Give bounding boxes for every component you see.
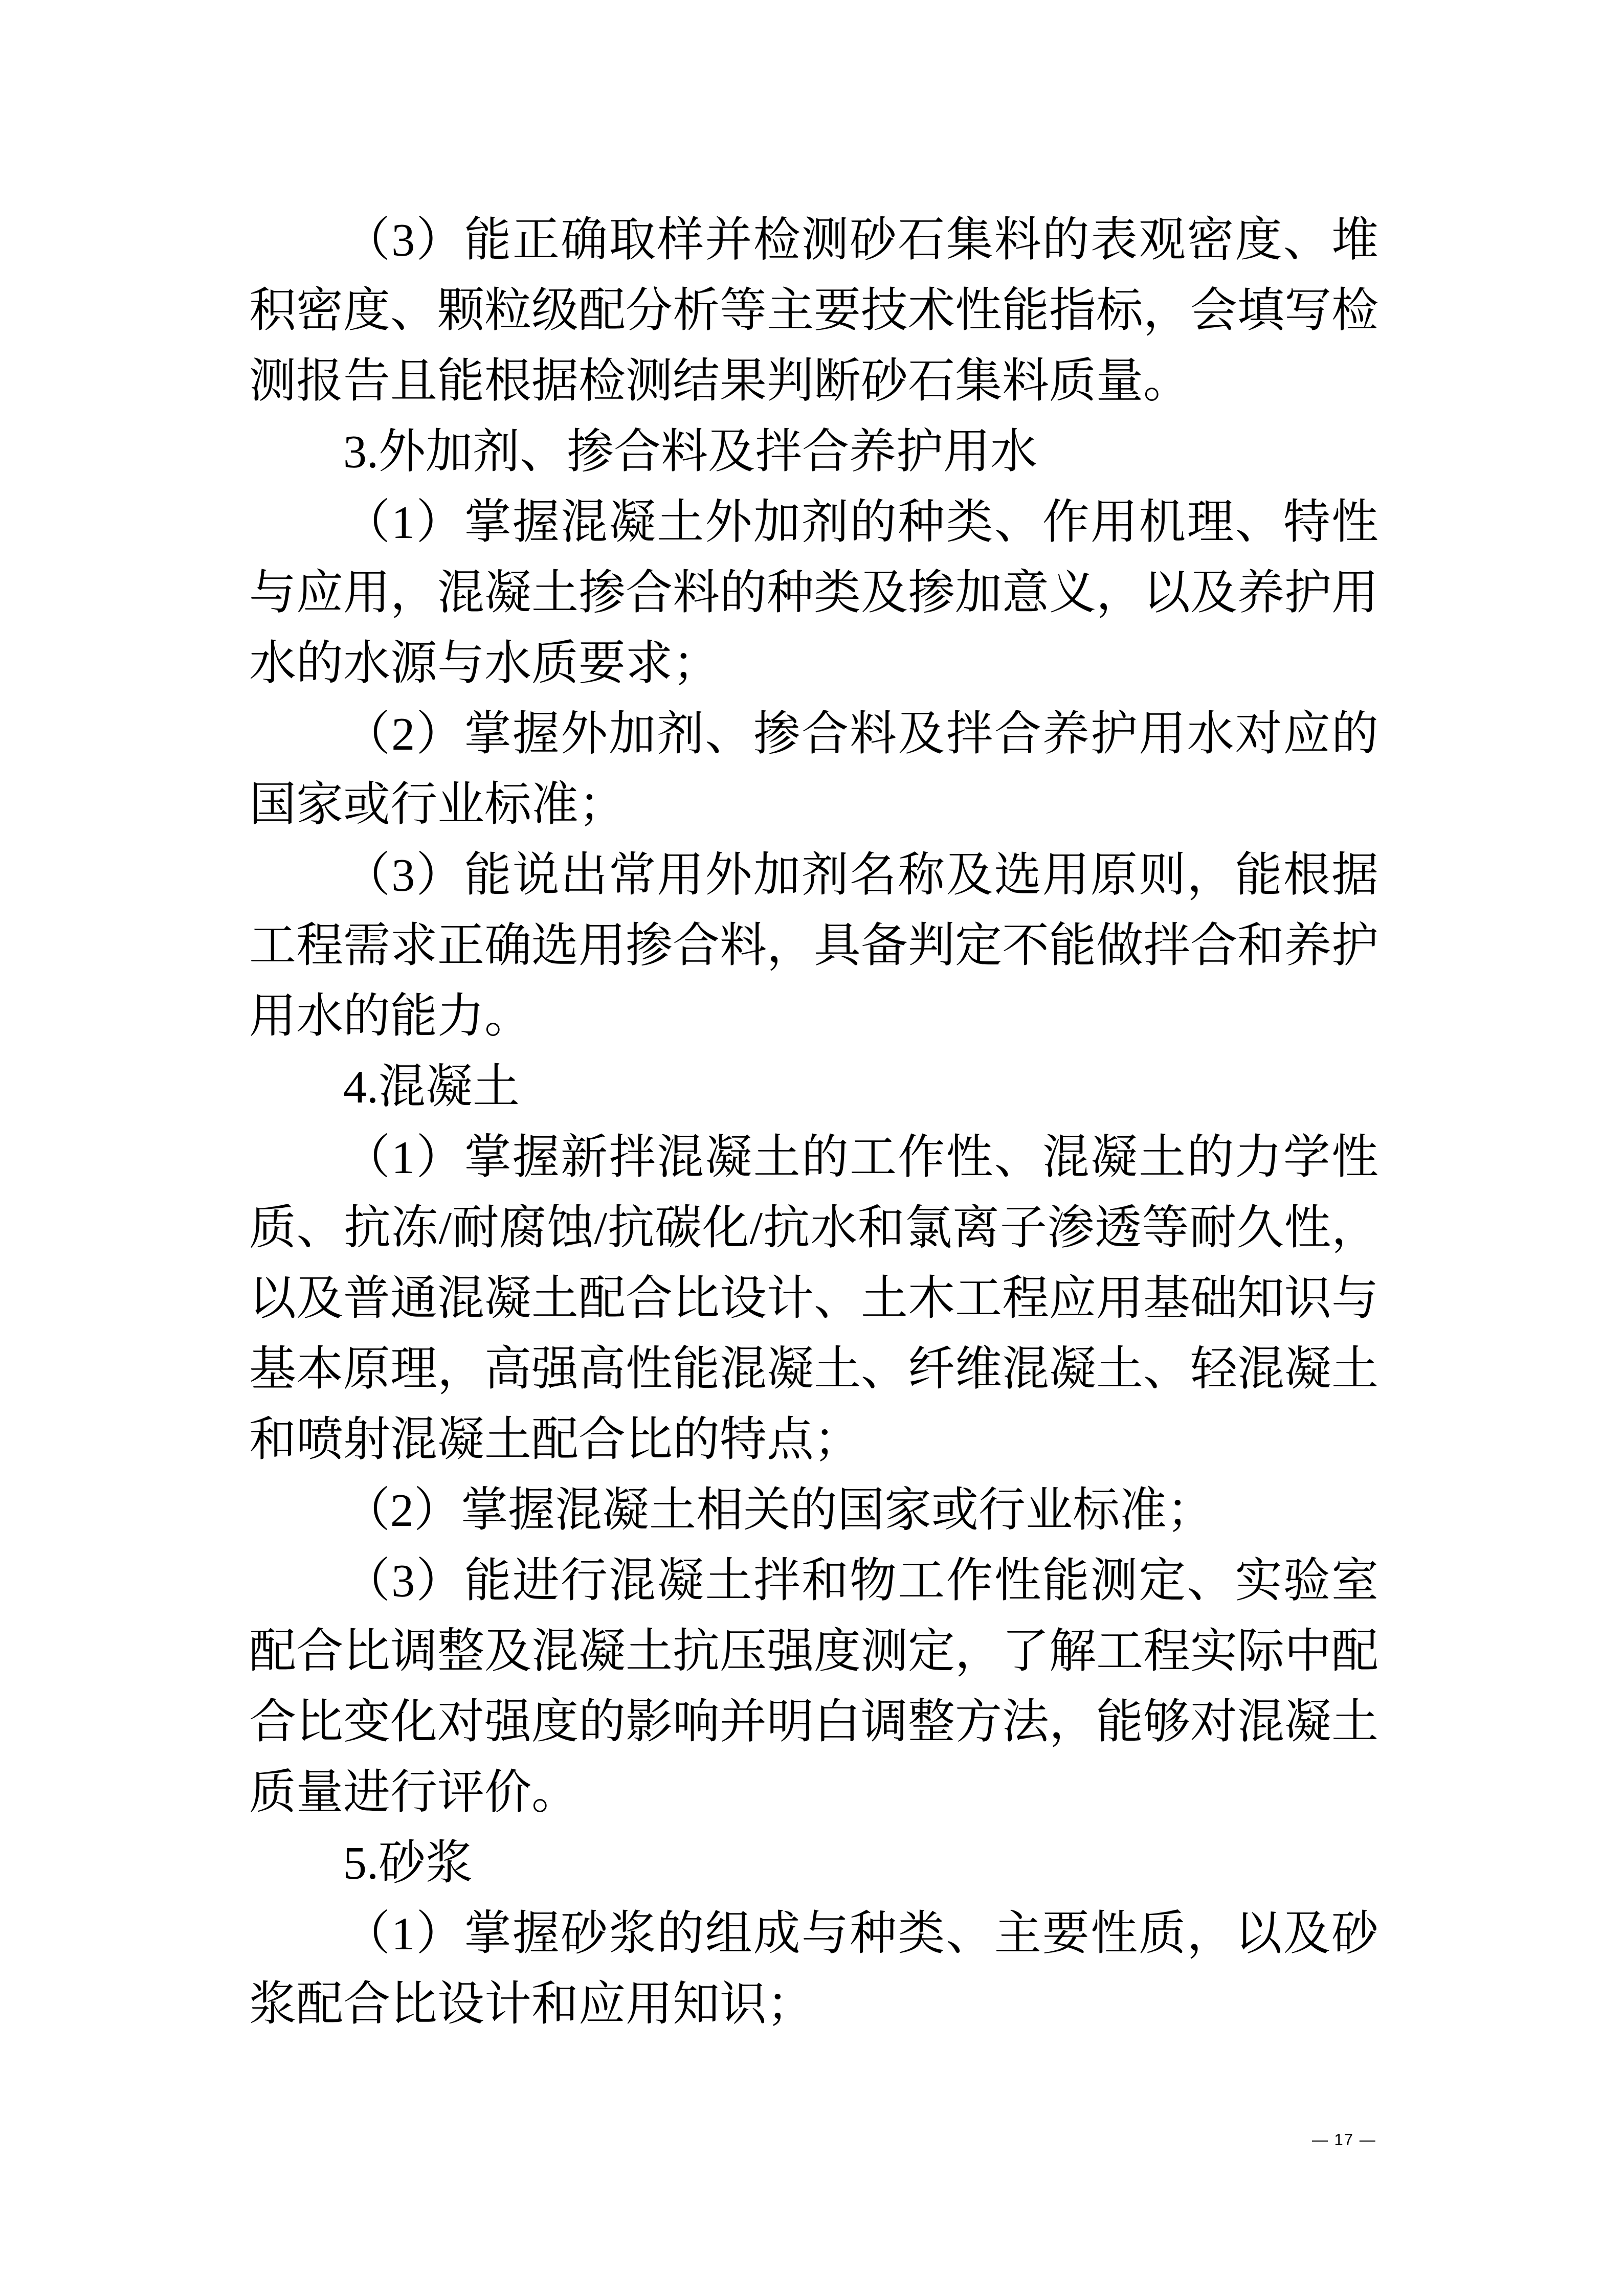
paragraph: （3）能说出常用外加剂名称及选用原则，能根据工程需求正确选用掺合料，具备判定不能… — [249, 840, 1378, 1051]
text-content: （3）能正确取样并检测砂石集料的表观密度、堆积密度、颗粒级配分析等主要技术性能指… — [249, 205, 1378, 2039]
section-heading: 4.混凝土 — [249, 1051, 1378, 1122]
paragraph: （2）掌握外加剂、掺合料及拌合养护用水对应的国家或行业标准； — [249, 699, 1378, 840]
section-heading: 5.砂浆 — [249, 1828, 1378, 1898]
page-number: — 17 — — [1312, 2130, 1376, 2150]
section-heading: 3.外加剂、掺合料及拌合养护用水 — [249, 416, 1378, 487]
paragraph: （1）掌握砂浆的组成与种类、主要性质，以及砂浆配合比设计和应用知识； — [249, 1898, 1378, 2039]
paragraph: （2）掌握混凝土相关的国家或行业标准； — [249, 1475, 1378, 1545]
paragraph: （3）能进行混凝土拌和物工作性能测定、实验室配合比调整及混凝土抗压强度测定，了解… — [249, 1545, 1378, 1828]
paragraph: （1）掌握新拌混凝土的工作性、混凝土的力学性质、抗冻/耐腐蚀/抗碳化/抗水和氯离… — [249, 1122, 1378, 1475]
document-page: （3）能正确取样并检测砂石集料的表观密度、堆积密度、颗粒级配分析等主要技术性能指… — [0, 0, 1624, 2296]
paragraph: （1）掌握混凝土外加剂的种类、作用机理、特性与应用，混凝土掺合料的种类及掺加意义… — [249, 487, 1378, 699]
paragraph: （3）能正确取样并检测砂石集料的表观密度、堆积密度、颗粒级配分析等主要技术性能指… — [249, 205, 1378, 416]
